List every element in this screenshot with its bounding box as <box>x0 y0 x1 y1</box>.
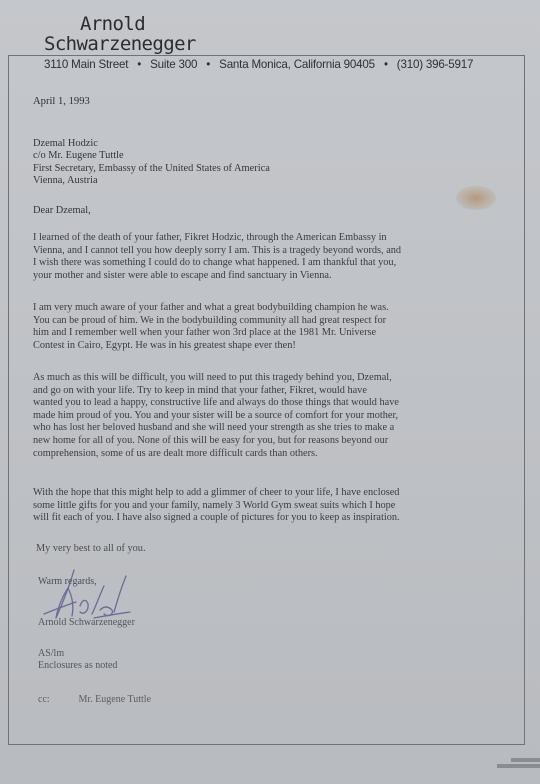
closing-line: My very best to all of you. <box>36 543 146 554</box>
text-line: Vienna, and I cannot tell you how deeply… <box>33 245 518 258</box>
text-line: made him proud of you. You and your sist… <box>33 410 518 423</box>
text-line: As much as this will be difficult, you w… <box>33 372 518 385</box>
paragraph-3: As much as this will be difficult, you w… <box>33 372 518 460</box>
recipient-line: First Secretary, Embassy of the United S… <box>33 163 270 175</box>
text-line: comprehension, some of us are dealt more… <box>33 448 518 461</box>
address-street: 3110 Main Street <box>44 58 128 71</box>
text-line: who has lost her beloved husband and she… <box>33 422 518 435</box>
text-line: will fit each of you. I have also signed… <box>33 512 518 525</box>
address-suite: Suite 300 <box>150 58 197 71</box>
text-line: You can be proud of him. We in the bodyb… <box>33 315 518 328</box>
reference-block: AS/lm Enclosures as noted <box>38 648 117 672</box>
bullet-separator: • <box>197 58 219 71</box>
cc-name: Mr. Eugene Tuttle <box>79 694 152 705</box>
address-city: Santa Monica, California 90405 <box>219 58 375 71</box>
text-line: I am very much aware of your father and … <box>33 302 518 315</box>
text-line: new home for all of you. None of this wi… <box>33 435 518 448</box>
salutation: Dear Dzemal, <box>33 205 91 216</box>
letter-date: April 1, 1993 <box>33 96 90 107</box>
letterhead-logo: Arnold Schwarzenegger <box>44 14 196 54</box>
typist-initials: AS/lm <box>38 648 117 660</box>
cc-line: cc: Mr. Eugene Tuttle <box>38 694 151 705</box>
logo-first-name: Arnold <box>44 14 196 34</box>
text-line: him and I remember well when your father… <box>33 327 518 340</box>
letter-page: Arnold Schwarzenegger 3110 Main Street•S… <box>0 0 540 784</box>
text-line: With the hope that this might help to ad… <box>33 487 518 500</box>
text-line: some little gifts for you and your famil… <box>33 500 518 513</box>
letterhead-address: 3110 Main Street•Suite 300•Santa Monica,… <box>44 58 473 71</box>
recipient-block: Dzemal Hodzic c/o Mr. Eugene Tuttle Firs… <box>33 138 270 188</box>
logo-last-name: Schwarzenegger <box>44 34 196 54</box>
paragraph-4: With the hope that this might help to ad… <box>33 487 518 525</box>
cc-label: cc: <box>38 694 76 705</box>
text-line: and go on with your life. Try to keep in… <box>33 385 518 398</box>
text-line: wanted you to lead a happy, constructive… <box>33 397 518 410</box>
recipient-line: Dzemal Hodzic <box>33 138 270 150</box>
text-line: I learned of the death of your father, F… <box>33 232 518 245</box>
bullet-separator: • <box>375 58 397 71</box>
paragraph-1: I learned of the death of your father, F… <box>33 232 518 282</box>
bullet-separator: • <box>128 58 150 71</box>
address-phone: (310) 396-5917 <box>397 58 473 71</box>
recipient-line: c/o Mr. Eugene Tuttle <box>33 150 270 162</box>
recipient-line: Vienna, Austria <box>33 175 270 187</box>
text-line: Contest in Cairo, Egypt. He was in his g… <box>33 340 518 353</box>
text-line: your mother and sister were able to esca… <box>33 270 518 283</box>
signer-name: Arnold Schwarzenegger <box>38 617 135 628</box>
corner-printer-mark <box>497 758 540 768</box>
coffee-stain <box>456 186 496 210</box>
text-line: I wish there was something I could do to… <box>33 257 518 270</box>
paragraph-2: I am very much aware of your father and … <box>33 302 518 352</box>
enclosures-note: Enclosures as noted <box>38 660 117 672</box>
